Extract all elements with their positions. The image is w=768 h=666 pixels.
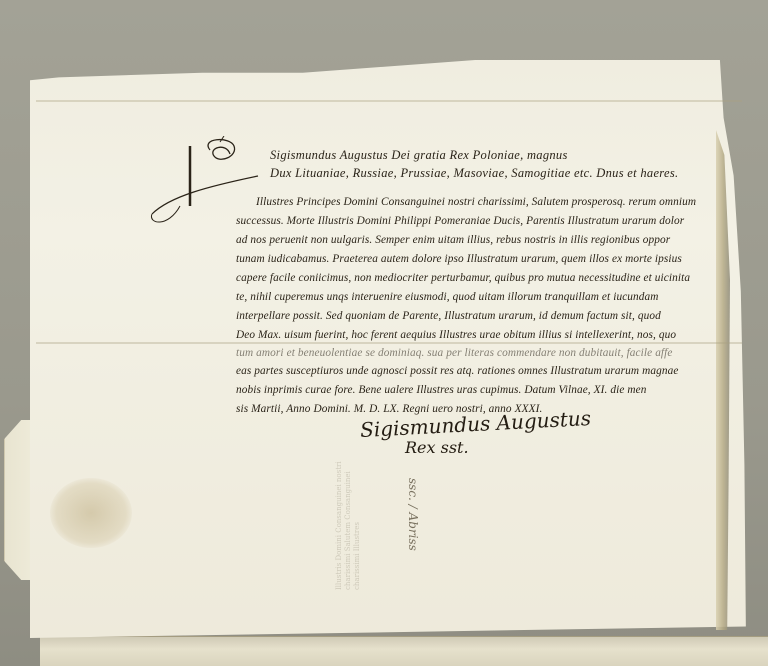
letter-body-line: tunam iudicabamus. Praeterea autem dolor…	[236, 253, 682, 265]
fold-crease	[36, 342, 742, 344]
binding-edge	[40, 636, 768, 666]
fold-crease	[36, 100, 742, 102]
letter-body-line: ad nos peruenit non uulgaris. Semper eni…	[236, 234, 670, 246]
letter-body-line: capere facile coniicimus, non mediocrite…	[236, 272, 690, 284]
margin-annotation: ssc. / Abriss	[406, 478, 420, 551]
letter-body-line: successus. Morte Illustris Domini Philip…	[236, 215, 684, 227]
letter-body-line: Illustres Principes Domini Consanguinei …	[256, 196, 696, 208]
letter-body-line: nobis inprimis curae fore. Bene ualere I…	[236, 384, 647, 396]
letter-body-line: Deo Max. uisum fuerint, hoc ferent aequi…	[236, 329, 676, 341]
letter-header-line: Sigismundus Augustus Dei gratia Rex Polo…	[270, 148, 568, 163]
letter-header-line: Dux Lituaniae, Russiae, Prussiae, Masovi…	[270, 166, 678, 181]
signature-title: Rex sst.	[405, 438, 469, 457]
letter-body-line: eas partes susceptiuros unde agnosci pos…	[236, 365, 678, 377]
letter-body-line: interpellare possit. Sed quoniam de Pare…	[236, 310, 661, 322]
letter-body-line-smudged: tum amori et beneuolentiae se dominiaq. …	[236, 347, 673, 359]
letter-body-line: te, nihil cuperemus unqs interuenire eiu…	[236, 291, 659, 303]
decorative-initial-icon	[150, 136, 260, 226]
water-stain	[50, 478, 132, 548]
